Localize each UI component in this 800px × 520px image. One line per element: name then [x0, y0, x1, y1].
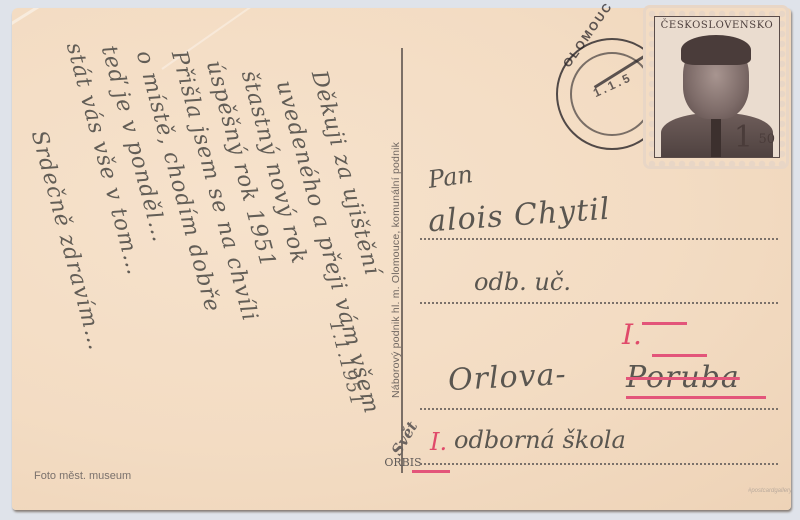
correction-underline	[652, 354, 707, 357]
stamp-value-major: 1	[734, 123, 753, 153]
address-correction-prefix: I.	[430, 428, 447, 456]
address-line-3	[420, 408, 778, 410]
svet-logo-mark: Svět	[384, 422, 422, 461]
publisher-text: Náborový podnik hl. m. Olomouce, komunál…	[390, 142, 402, 398]
address-line-1	[420, 238, 778, 240]
correction-overline	[642, 322, 687, 325]
stamp-country: ČESKOSLOVENSKO	[655, 20, 779, 31]
address-correction-district: I.	[622, 318, 642, 351]
address-institution: odborná škola	[454, 426, 626, 454]
address-name: alois Chytil	[427, 192, 612, 240]
stamp-value-minor: 50	[758, 132, 775, 147]
watermark: #postcardgallery	[748, 488, 791, 494]
stamp-portrait-tie	[711, 117, 721, 157]
address-title: odb. uč.	[474, 268, 571, 296]
address-line-2	[420, 302, 778, 304]
correction-underline	[412, 470, 450, 473]
address-salutation: Pan	[426, 160, 474, 194]
stamp-frame: ČESKOSLOVENSKO 1 50	[654, 16, 780, 158]
address-line-4	[420, 463, 778, 465]
paper-crease	[12, 8, 189, 31]
address-city-struck: Poruba	[626, 360, 740, 395]
handwritten-message: Děkuji za ujištění uvedeného a přeji vám…	[30, 68, 360, 498]
stamp-portrait-hair	[681, 35, 751, 65]
postmark-inner-ring	[570, 52, 654, 136]
strikethrough-line	[626, 396, 766, 399]
postage-stamp: ČESKOSLOVENSKO 1 50	[646, 8, 786, 166]
photo-credit: Foto měst. museum	[34, 470, 131, 482]
address-city: Orlova-	[447, 357, 567, 398]
